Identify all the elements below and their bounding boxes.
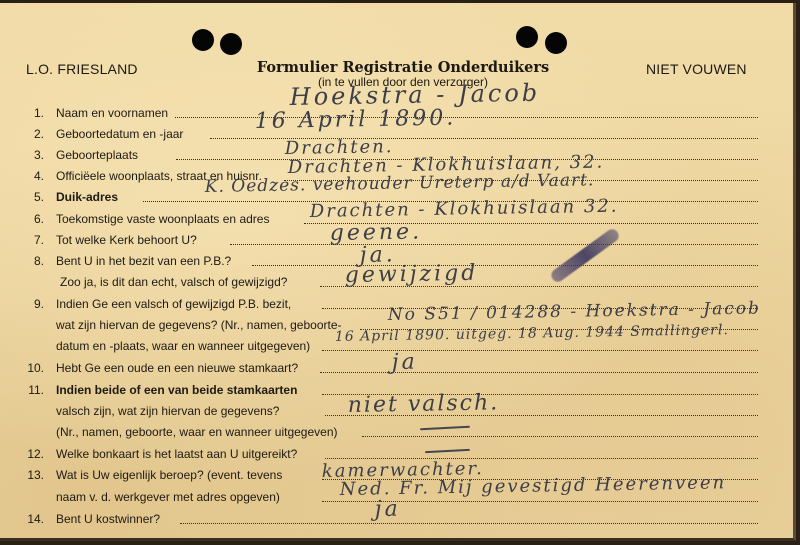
question-label: Toekomstige vaste woonplaats en adres <box>56 212 269 226</box>
registration-form-card: L.O. FRIESLAND Formulier Registratie Ond… <box>0 3 796 541</box>
question-label: Indien Ge een valsch of gewijzigd P.B. b… <box>56 297 291 311</box>
answer-line[interactable] <box>320 372 758 373</box>
question-number: 11. <box>24 383 44 397</box>
question-number: 7. <box>24 233 44 247</box>
question-label: Tot welke Kerk behoort U? <box>56 233 197 247</box>
do-not-fold-label: NIET VOUWEN <box>646 61 747 77</box>
question-number: 8. <box>24 254 44 268</box>
answer-line[interactable] <box>362 436 758 437</box>
question-label: Bent U in het bezit van een P.B.? <box>56 254 231 268</box>
question-label: Bent U kostwinner? <box>56 512 160 526</box>
question-number: 10. <box>24 361 44 375</box>
answer-line[interactable] <box>322 350 758 351</box>
question-number: 9. <box>24 297 44 311</box>
question-number: 3. <box>24 148 44 162</box>
question-number: 13. <box>24 468 44 482</box>
question-label: naam v. d. werkgever met adres opgeven) <box>56 490 280 504</box>
question-number: 4. <box>24 169 44 183</box>
question-label: Geboorteplaats <box>56 148 138 162</box>
question-label: Geboortedatum en -jaar <box>56 127 183 141</box>
answer-birthdate[interactable]: 16 April 1890. <box>255 105 457 134</box>
question-label: Welke bonkaart is het laatst aan U uitge… <box>56 447 297 461</box>
footer-partial-text: (Verv... <box>34 537 71 541</box>
answer-breadwinner[interactable]: ja <box>375 497 401 522</box>
answer-line[interactable] <box>180 523 758 524</box>
question-label: wat zijn hiervan de gegevens? (Nr., name… <box>56 318 342 332</box>
question-label: (Nr., namen, geboorte, waar en wanneer u… <box>56 425 338 439</box>
question-label: valsch zijn, wat zijn hiervan de gegeven… <box>56 404 279 418</box>
question-label: Zoo ja, is dit dan echt, valsch of gewij… <box>60 275 287 289</box>
question-number: 12. <box>24 447 44 461</box>
question-label: Naam en voornamen <box>56 106 168 120</box>
answer-line[interactable] <box>230 244 758 245</box>
question-number: 14. <box>24 512 44 526</box>
punch-hole <box>220 33 242 55</box>
question-number: 1. <box>24 106 44 120</box>
answer-pb-type[interactable]: gewijzigd <box>345 261 479 288</box>
punch-hole <box>516 26 538 48</box>
answer-stamkaart[interactable]: ja <box>392 350 418 375</box>
question-label: Duik-adres <box>56 190 118 204</box>
punch-hole <box>192 29 214 51</box>
answer-stamkaart-details[interactable]: niet valsch. <box>348 390 500 418</box>
question-row: (Nr., namen, geboorte, waar en wanneer u… <box>0 422 796 442</box>
question-label: Indien beide of een van beide stamkaarte… <box>56 383 297 397</box>
question-label: Wat is Uw eigenlijk beroep? (event. teve… <box>56 468 282 482</box>
question-label: datum en -plaats, waar en wanneer uitgeg… <box>56 339 310 353</box>
punch-hole <box>545 32 567 54</box>
answer-line[interactable] <box>252 265 758 266</box>
question-number: 5. <box>24 190 44 204</box>
question-number: 6. <box>24 212 44 226</box>
question-number: 2. <box>24 127 44 141</box>
question-label: Hebt Ge een oude en een nieuwe stamkaart… <box>56 361 298 375</box>
